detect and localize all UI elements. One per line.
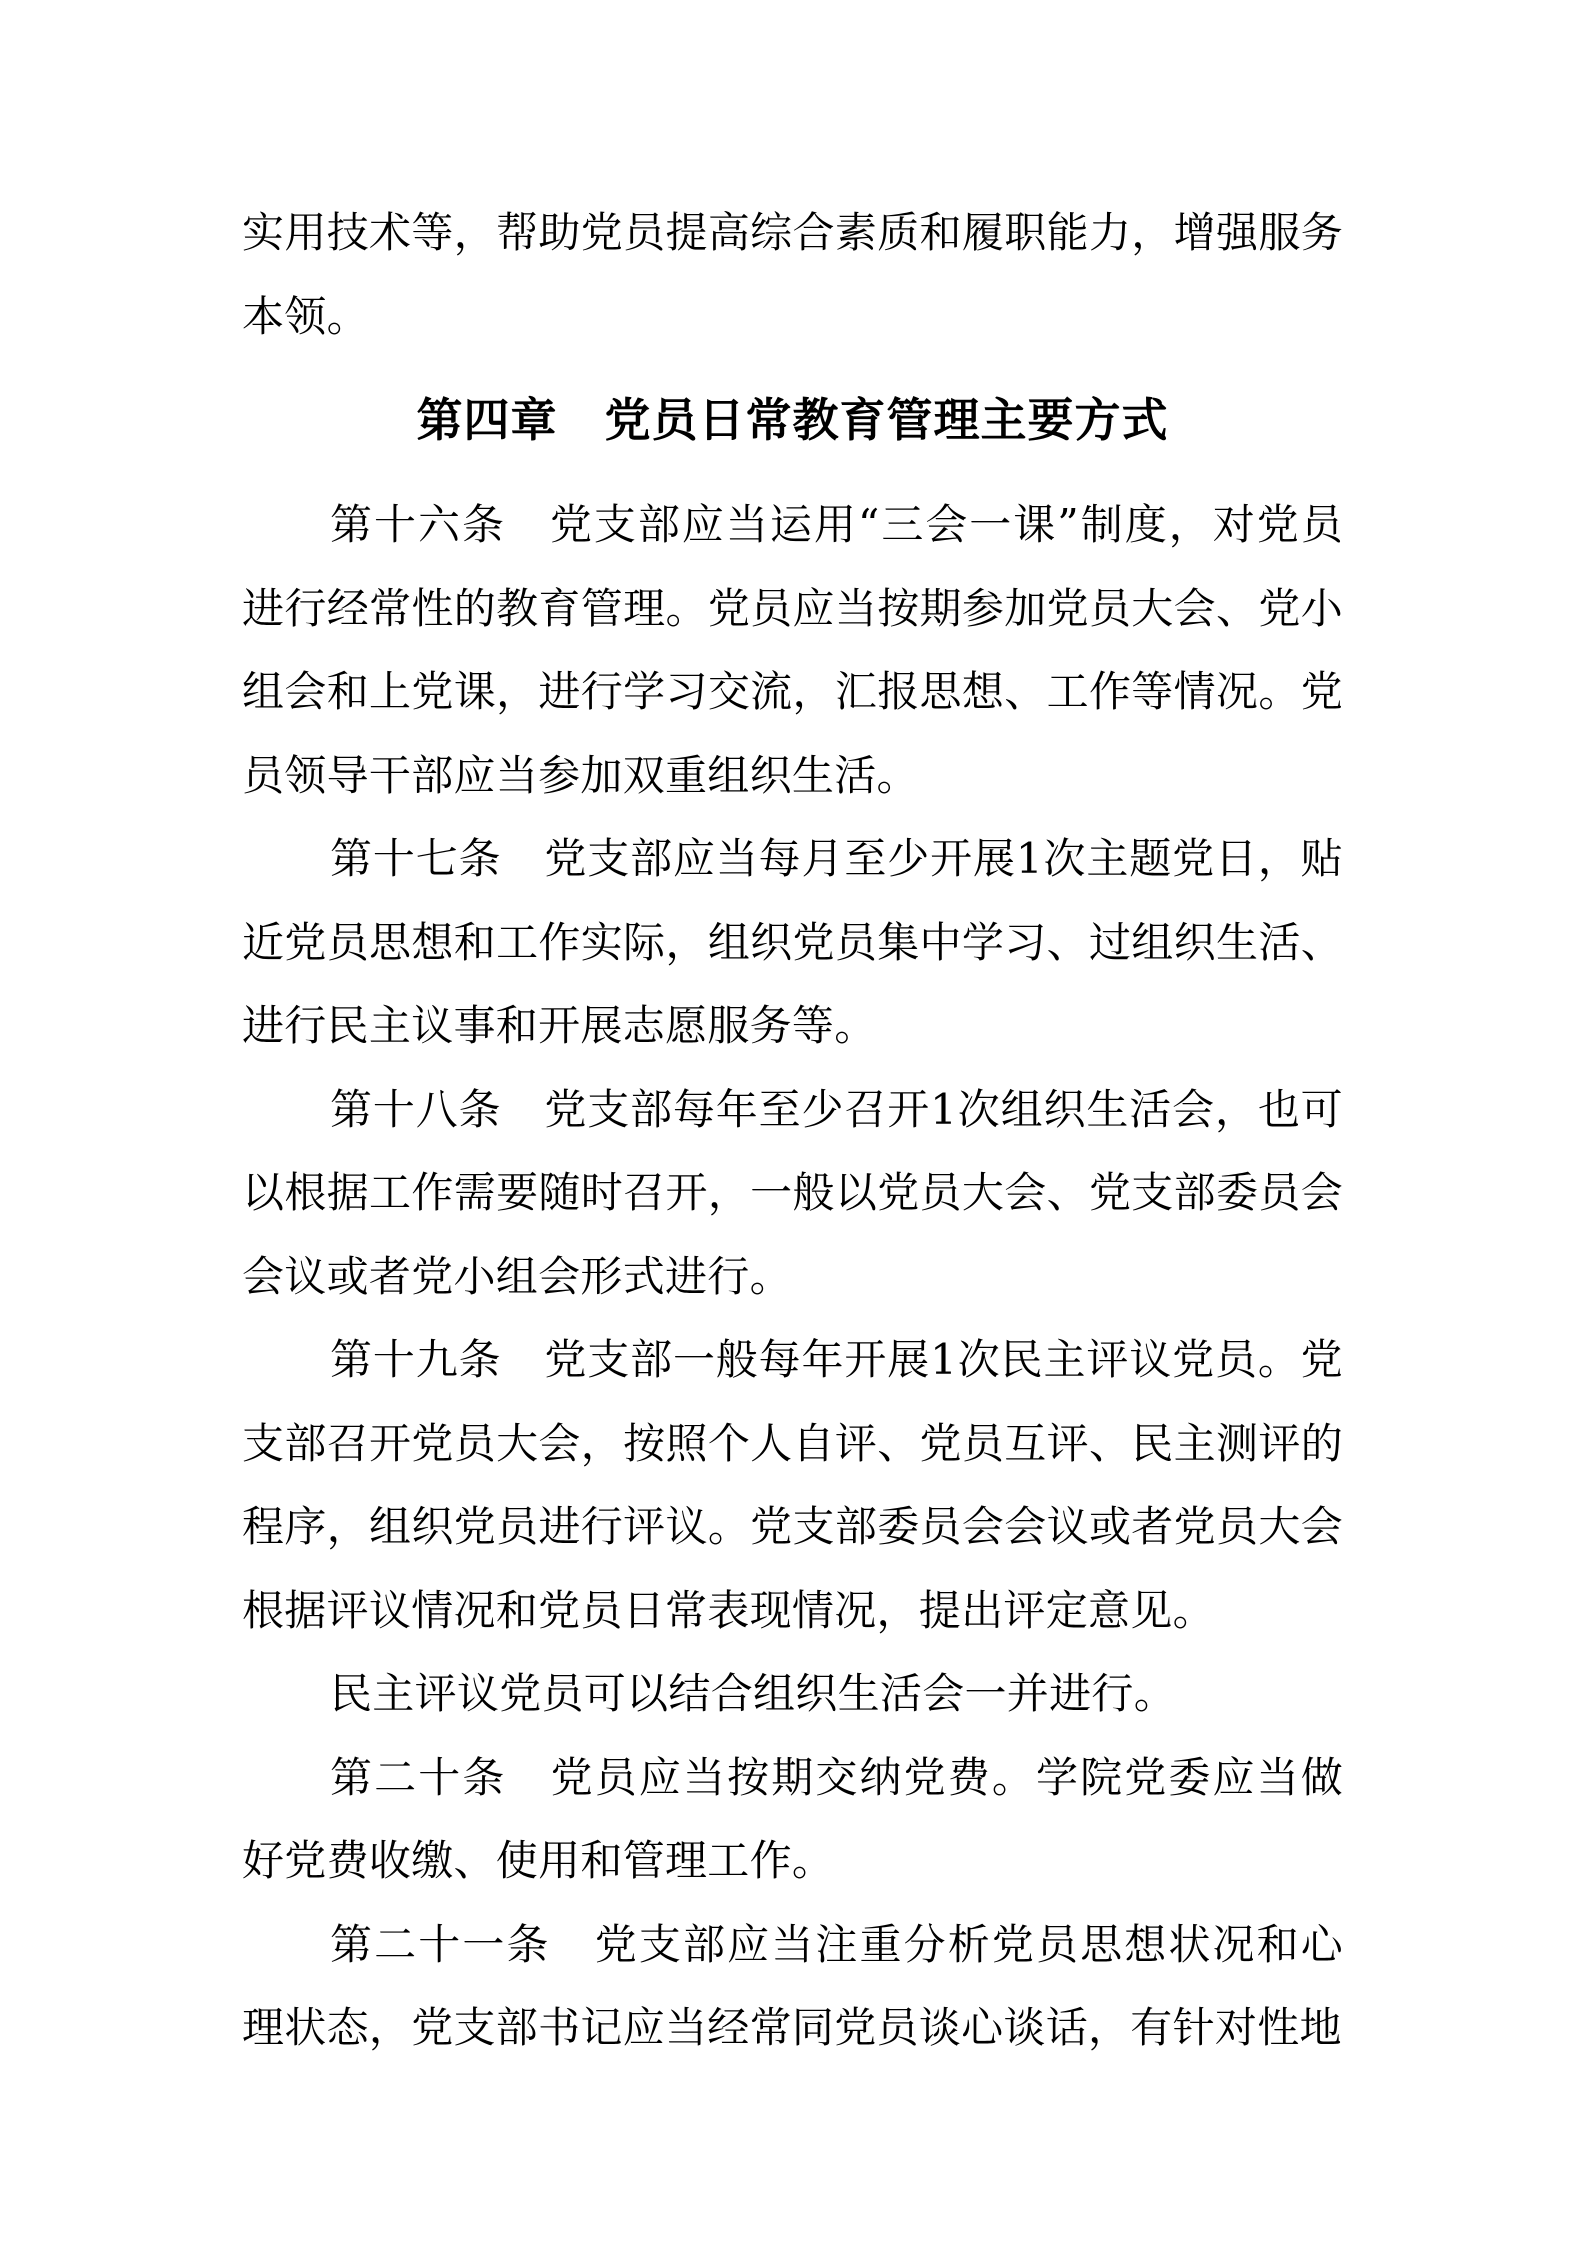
paragraph-article-19: 第十九条 党支部一般每年开展1次民主评议党员。党支部召开党员大会，按照个人自评、… xyxy=(242,1318,1343,1652)
paragraph-article-21: 第二十一条 党支部应当注重分析党员思想状况和心理状态，党支部书记应当经常同党员谈… xyxy=(242,1903,1343,2070)
paragraph-continuation: 实用技术等，帮助党员提高综合素质和履职能力，增强服务本领。 xyxy=(242,191,1343,358)
paragraph-article-20: 第二十条 党员应当按期交纳党费。学院党委应当做好党费收缴、使用和管理工作。 xyxy=(242,1736,1343,1903)
paragraph-article-17: 第十七条 党支部应当每月至少开展1次主题党日，贴近党员思想和工作实际，组织党员集… xyxy=(242,817,1343,1068)
paragraph-article-16: 第十六条 党支部应当运用“三会一课”制度，对党员进行经常性的教育管理。党员应当按… xyxy=(242,483,1343,817)
paragraph-article-18: 第十八条 党支部每年至少召开1次组织生活会，也可以根据工作需要随时召开，一般以党… xyxy=(242,1068,1343,1319)
paragraph-article-19-supplement: 民主评议党员可以结合组织生活会一并进行。 xyxy=(242,1652,1343,1736)
document-page: 实用技术等，帮助党员提高综合素质和履职能力，增强服务本领。 第四章 党员日常教育… xyxy=(0,0,1587,2245)
document-content: 实用技术等，帮助党员提高综合素质和履职能力，增强服务本领。 第四章 党员日常教育… xyxy=(242,191,1343,2070)
chapter-heading: 第四章 党员日常教育管理主要方式 xyxy=(242,378,1343,462)
